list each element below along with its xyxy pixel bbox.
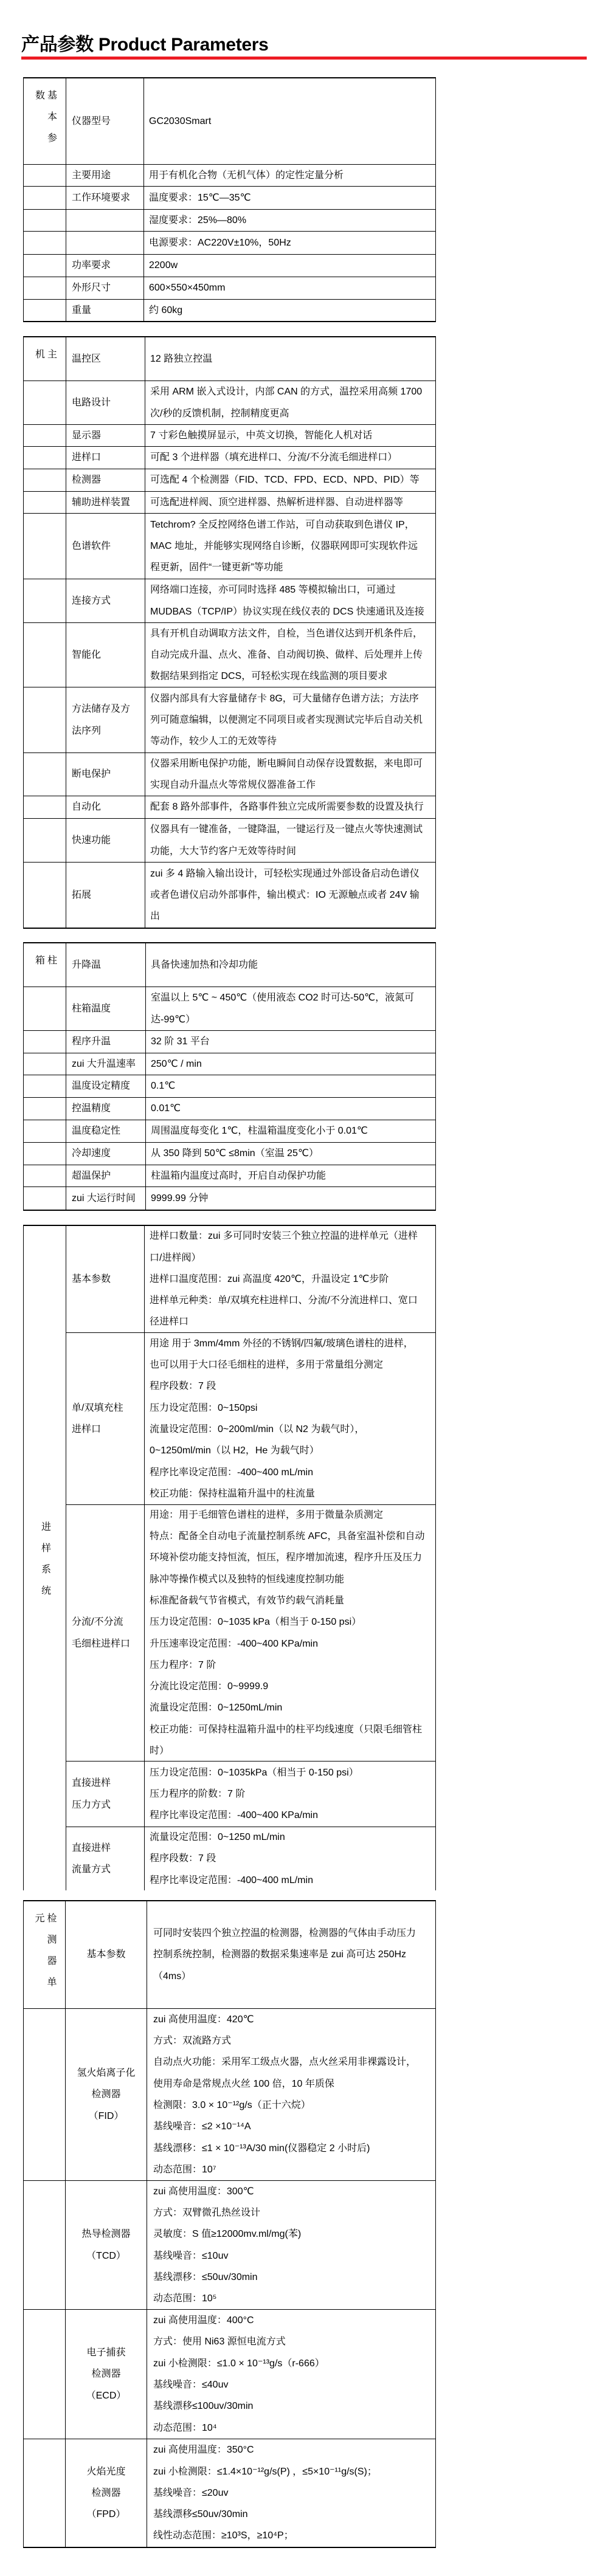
param-value-line: 程序比率设定范围：-400~400 mL/min xyxy=(150,1462,435,1483)
param-name: 温度设定精度 xyxy=(72,1075,145,1097)
param-value-line: 特点：配备全自动电子流量控制系统 AFC，具备室温补偿和自动 xyxy=(150,1526,435,1547)
param-value-line: 数据结果到指定 DCS，可轻松实现在线监测的项目要求 xyxy=(150,666,435,687)
category-cell: 检测器单元 xyxy=(24,1901,66,2008)
param-value-line: 柱温箱内温度过高时，开启自动保护功能 xyxy=(151,1165,435,1186)
param-value-cell: 可选配 4 个检测器（FID、TCD、FPD、ECD、NPD、PID）等 xyxy=(145,469,435,491)
param-value-line: 配套 8 路外部事件，各路事件独立完成所需要参数的设置及执行 xyxy=(150,796,435,818)
param-name-cell: 基本参数 xyxy=(66,1901,147,2008)
param-name-line: （FID） xyxy=(89,2106,124,2127)
param-name: 自动化 xyxy=(72,796,145,818)
param-name-cell: 色谱软件 xyxy=(66,514,145,579)
param-value-line: 采用 ARM 嵌入式设计，内部 CAN 的方式，温控采用高频 1700 xyxy=(150,381,435,402)
param-value-cell: 仪器具有一键准备，一键降温，一键运行及一键点火等快速测试 功能，大大节约客户无效… xyxy=(145,819,435,862)
param-name: 色谱软件 xyxy=(72,536,145,557)
category-cell xyxy=(24,1187,66,1210)
param-name-cell: 进样口 xyxy=(66,447,145,469)
table-row: 湿度要求：25%—80% xyxy=(24,210,435,232)
param-name-cell: 温度稳定性 xyxy=(66,1120,146,1142)
param-name-cell: 方法储存及方 法序列 xyxy=(66,687,145,752)
param-value-cell: 仪器采用断电保护功能，断电瞬间自动保存设置数据，来电即可 实现自动升温点火等常规… xyxy=(145,753,435,796)
column-oven-table: 柱箱 升降温 具备快速加热和冷却功能 柱箱温度 室温以上 5℃ ~ 450℃（使… xyxy=(23,942,436,1211)
param-value-line: 压力设定范围：0~1035 kPa（相当于 0-150 psi） xyxy=(150,1611,435,1633)
param-value-line: 可同时安装四个独立控温的检测器，检测器的气体由手动压力 xyxy=(153,1923,435,1944)
param-value-line: 32 阶 31 平台 xyxy=(151,1031,435,1052)
param-value-line: 压力程序的阶数：7 阶 xyxy=(150,1783,435,1805)
param-value-cell: 仪器内部具有大容量储存卡 8G，可大量储存色谱方法；方法序 列可随意编辑，以便测… xyxy=(145,687,435,752)
param-name-cell: 检测器 xyxy=(66,469,145,491)
param-value-line: 动态范围：10⁴ xyxy=(153,2417,435,2439)
param-name: zui 大运行时间 xyxy=(72,1188,145,1209)
param-value-line: 标准配备载气节省模式，有效节约载气消耗量 xyxy=(150,1590,435,1611)
param-value-line: 可选配进样阀、顶空进样器、热解析进样器、自动进样器等 xyxy=(150,492,435,513)
param-name-line: 压力方式 xyxy=(72,1794,144,1816)
category-cell xyxy=(24,210,66,231)
param-value-cell: 0.1℃ xyxy=(146,1075,435,1097)
param-name-line: 单/双填充柱 xyxy=(72,1397,144,1419)
param-name: 拓展 xyxy=(72,884,145,906)
param-name: 超温保护 xyxy=(72,1165,145,1186)
param-value-cell: 周围温度每变化 1℃，柱温箱温度变化小于 0.01℃ xyxy=(146,1120,435,1142)
category-cell xyxy=(24,425,66,446)
param-name-line: 方法储存及方 xyxy=(72,698,145,720)
param-value-line: 0.1℃ xyxy=(151,1075,435,1097)
param-value-line: 网络端口连接，亦可同时选择 485 等模拟输出口，可通过 xyxy=(150,579,435,601)
param-value-cell: 约 60kg xyxy=(144,300,435,321)
param-value-line: 动态范围：10⁷ xyxy=(153,2159,435,2180)
param-value-cell: zui 高使用温度：350°C zui 小检测限：≤1.4×10⁻¹²g/s(P… xyxy=(147,2439,435,2547)
table-row: 主要用途 用于有机化合物（无机气体）的定性定量分析 xyxy=(24,165,435,187)
param-value-line: 进样口温度范围：zui 高温度 420℃，升温设定 1℃步阶 xyxy=(150,1269,435,1290)
param-value-cell: 7 寸彩色触摸屏显示，中英文切换，智能化人机对话 xyxy=(145,425,435,446)
param-name: 仪器型号 xyxy=(72,111,143,132)
param-name-line: 检测器 xyxy=(91,2363,120,2385)
param-name-line: 火焰光度 xyxy=(86,2461,125,2482)
param-name-cell: 火焰光度 检测器 （FPD） xyxy=(66,2439,147,2547)
param-name: 快速功能 xyxy=(72,830,145,851)
table-row: 冷却速度 从 350 降到 50℃ ≤8min（室温 25℃） xyxy=(24,1143,435,1165)
category-cell: 主机 xyxy=(24,337,66,381)
param-name-cell: 连接方式 xyxy=(66,579,145,622)
param-value-cell: 压力设定范围：0~1035kPa（相当于 0-150 psi） 压力程序的阶数：… xyxy=(145,1762,435,1827)
param-value-line: 程序比率设定范围：-400~400 KPa/min xyxy=(150,1805,435,1826)
table-row: 温度设定精度 0.1℃ xyxy=(24,1075,435,1098)
category-cell xyxy=(24,381,66,424)
param-value-cell: zui 高使用温度：300℃ 方式：双臂微孔热丝设计 灵敏度：S 值≥12000… xyxy=(147,2181,435,2309)
table-row: 智能化 具有开机自动调取方法文件，自检，当色谱仪达到开机条件后， 自动完成升温、… xyxy=(24,623,435,687)
param-name-line: 进样口 xyxy=(72,1419,144,1440)
category-cell xyxy=(24,819,66,862)
table-row: 自动化 配套 8 路外部事件，各路事件独立完成所需要参数的设置及执行 xyxy=(24,796,435,819)
category-cell xyxy=(24,492,66,513)
param-value-cell: 室温以上 5℃ ~ 450℃（使用液态 CO2 时可达-50℃，液氮可 达-99… xyxy=(146,987,435,1030)
param-name-cell: 升降温 xyxy=(66,943,146,987)
param-value-line: 次/秒的反馈机制，控制精度更高 xyxy=(150,403,435,424)
category-cell xyxy=(24,300,66,321)
param-value-line: 从 350 降到 50℃ ≤8min（室温 25℃） xyxy=(151,1143,435,1164)
param-name-line: 毛细柱进样口 xyxy=(72,1633,144,1655)
param-name: 检测器 xyxy=(72,469,145,491)
param-value-line: 仪器具有一键准备，一键降温，一键运行及一键点火等快速测试 xyxy=(150,819,435,840)
param-name-line: 电子捕获 xyxy=(86,2342,125,2363)
param-value-line: 仪器采用断电保护功能，断电瞬间自动保存设置数据，来电即可 xyxy=(150,753,435,774)
param-name-cell: 重量 xyxy=(66,300,144,321)
param-value-line: （4ms） xyxy=(153,1966,435,1987)
table-row: 进样口 可配 3 个进样器（填充进样口、分流/不分流毛细进样口） xyxy=(24,447,435,469)
table-row: 电路设计 采用 ARM 嵌入式设计，内部 CAN 的方式，温控采用高频 1700… xyxy=(24,381,435,425)
param-value-line: zui 小检测限：≤1.4×10⁻¹²g/s(P) ，≤5×10⁻¹¹g/s(S… xyxy=(153,2461,435,2482)
param-value-cell: zui 高使用温度：420℃ 方式：双流路方式 自动点火功能：采用军工级点火器，… xyxy=(147,2009,435,2180)
param-value-line: 环境补偿功能支持恒流，恒压，程序增加流速，程序升压及压力 xyxy=(150,1547,435,1568)
param-value-line: 线性动态范围：≥10³S，≥10⁴P； xyxy=(153,2525,435,2546)
category-cell xyxy=(24,165,66,186)
category-cell xyxy=(24,863,66,928)
param-name-cell: 柱箱温度 xyxy=(66,987,146,1030)
table-row: 热导检测器 （TCD） zui 高使用温度：300℃ 方式：双臂微孔热丝设计 灵… xyxy=(24,2181,435,2310)
param-name-cell: 程序升温 xyxy=(66,1031,146,1053)
param-value-cell: 网络端口连接，亦可同时选择 485 等模拟输出口，可通过 MUDBAS（TCP/… xyxy=(145,579,435,622)
param-value-line: 约 60kg xyxy=(149,300,435,321)
param-value-line: 湿度要求：25%—80% xyxy=(149,210,435,231)
category-cell xyxy=(24,277,66,299)
table-row: 辅助进样装置 可选配进样阀、顶空进样器、热解析进样器、自动进样器等 xyxy=(24,492,435,514)
param-value-line: 2200w xyxy=(149,255,435,276)
param-value-line: 径进样口 xyxy=(150,1311,435,1332)
category-cell: 基本参数 xyxy=(24,78,66,164)
table-row: 拓展 zui 多 4 路输入输出设计，可轻松实现通过外部设备启动色谱仪 或者色谱… xyxy=(24,863,435,928)
param-name: 断电保护 xyxy=(72,763,145,785)
param-name-cell: zui 大运行时间 xyxy=(66,1187,146,1210)
param-value-line: 自动完成升温、点火、准备、自动阀切换、做样、后处理并上传 xyxy=(150,644,435,666)
param-name-cell: 单/双填充柱 进样口 xyxy=(66,1333,145,1504)
param-name: 温控区 xyxy=(72,348,145,370)
param-value-line: 室温以上 5℃ ~ 450℃（使用液态 CO2 时可达-50℃，液氮可 xyxy=(151,987,435,1008)
injection-system-table: 进样系统 基本参数 进样口数量：zui 多可同时安装三个独立控温的进样单元（进样… xyxy=(23,1225,436,1890)
param-name-cell: 外形尺寸 xyxy=(66,277,144,299)
param-name: 基本参数 xyxy=(86,1944,125,1965)
param-name-line: （FPD） xyxy=(86,2504,125,2525)
param-value-line: 流量设定范围：0~200ml/min（以 N2 为载气时）， xyxy=(150,1419,435,1440)
table-row: 控温精度 0.01℃ xyxy=(24,1098,435,1120)
page-title: 产品参数 Product Parameters xyxy=(21,34,269,56)
param-value-line: 基线噪音：≤10uv xyxy=(153,2245,435,2267)
param-value-line: 方式：双流路方式 xyxy=(153,2030,435,2051)
category-cell xyxy=(24,1031,66,1053)
param-value-cell: 9999.99 分钟 xyxy=(146,1187,435,1210)
category-cell xyxy=(24,753,66,796)
table-row: 快速功能 仪器具有一键准备，一键降温，一键运行及一键点火等快速测试 功能，大大节… xyxy=(24,819,435,863)
param-value-line: 250℃ / min xyxy=(151,1053,435,1075)
param-value-line: 压力设定范围：0~1035kPa（相当于 0-150 psi） xyxy=(150,1762,435,1783)
param-value-cell: 2200w xyxy=(144,255,435,277)
table-row: 超温保护 柱温箱内温度过高时，开启自动保护功能 xyxy=(24,1165,435,1187)
param-name-cell: 拓展 xyxy=(66,863,145,928)
param-value-cell: 0.01℃ xyxy=(146,1098,435,1120)
param-name-cell xyxy=(66,210,144,231)
category-cell xyxy=(24,796,66,818)
category-label: 检测器单元 xyxy=(32,1901,57,2008)
table-row: 电源要求：AC220V±10%，50Hz xyxy=(24,232,435,255)
param-value-line: 7 寸彩色触摸屏显示，中英文切换，智能化人机对话 xyxy=(150,425,435,446)
param-value-line: 流量设定范围：0~1250mL/min xyxy=(150,1697,435,1718)
param-value-line: MUDBAS（TCP/IP）协议实现在线仪表的 DCS 快速通讯及连接 xyxy=(150,601,435,622)
param-name-cell: 冷却速度 xyxy=(66,1143,146,1165)
param-name: 冷却速度 xyxy=(72,1143,145,1164)
param-value-cell: 配套 8 路外部事件，各路事件独立完成所需要参数的设置及执行 xyxy=(145,796,435,818)
param-value-cell: 可选配进样阀、顶空进样器、热解析进样器、自动进样器等 xyxy=(145,492,435,513)
param-value-line: 实现自动升温点火等常规仪器准备工作 xyxy=(150,774,435,796)
param-value-cell: 从 350 降到 50℃ ≤8min（室温 25℃） xyxy=(146,1143,435,1165)
category-cell xyxy=(24,687,66,752)
param-value-cell: 采用 ARM 嵌入式设计，内部 CAN 的方式，温控采用高频 1700 次/秒的… xyxy=(145,381,435,424)
table-row: 色谱软件 Tetchrom? 全反控网络色谱工作站，可自动获取到色谱仪 IP， … xyxy=(24,514,435,579)
table-row: 基本参数 仪器型号 GC2030Smart xyxy=(24,78,435,165)
param-name: 电路设计 xyxy=(72,392,145,413)
param-value-line: 600×550×450mm xyxy=(149,277,435,298)
param-value-line: 校正功能：可保持柱温箱升温中的柱平均线速度（只限毛细管柱 xyxy=(150,1719,435,1740)
category-cell xyxy=(24,469,66,491)
param-value-line: 等动作，较少人工的无效等待 xyxy=(150,731,435,752)
param-value-cell: 用途：用于毛细管色谱柱的进样，多用于微量杂质测定 特点：配备全自动电子流量控制系… xyxy=(145,1505,435,1761)
param-name-cell: 工作环境要求 xyxy=(66,187,144,209)
param-name-cell: 氢火焰离子化 检测器 （FID） xyxy=(66,2009,147,2180)
category-cell xyxy=(24,187,66,209)
param-value-cell: 可同时安装四个独立控温的检测器，检测器的气体由手动压力 控制系统控制，检测器的数… xyxy=(147,1901,435,2008)
param-name-line: 检测器 xyxy=(91,2084,120,2105)
table-row: 直接进样 压力方式 压力设定范围：0~1035kPa（相当于 0-150 psi… xyxy=(66,1762,435,1827)
param-value-line: 或者色谱仪启动外部事件，输出模式：IO 无源触点或者 24V 输 xyxy=(150,884,435,906)
param-value-line: 电源要求：AC220V±10%，50Hz xyxy=(149,232,435,253)
param-name: 重量 xyxy=(72,300,143,321)
table-row: 电子捕获 检测器 （ECD） zui 高使用温度：400°C 方式：使用 Ni6… xyxy=(24,2310,435,2439)
param-value-line: 使用寿命是常规点火丝 100 倍，10 年质保 xyxy=(153,2073,435,2095)
param-value-line: 0~1250ml/min（以 H2，He 为载气时） xyxy=(150,1440,435,1461)
param-name: 基本参数 xyxy=(72,1269,144,1290)
category-label: 主机 xyxy=(33,337,57,381)
table-row: 连接方式 网络端口连接，亦可同时选择 485 等模拟输出口，可通过 MUDBAS… xyxy=(24,579,435,623)
param-value-line: zui 高使用温度：300℃ xyxy=(153,2181,435,2202)
table-row: 工作环境要求 温度要求：15℃—35℃ xyxy=(24,187,435,210)
param-value-line: 检测限：3.0 × 10⁻¹²g/s（正十六烷） xyxy=(153,2095,435,2116)
table-row: 检测器 可选配 4 个检测器（FID、TCD、FPD、ECD、NPD、PID）等 xyxy=(24,469,435,492)
detector-unit-table: 检测器单元 基本参数 可同时安装四个独立控温的检测器，检测器的气体由手动压力 控… xyxy=(23,1900,436,2548)
param-value-cell: 具备快速加热和冷却功能 xyxy=(146,943,435,987)
param-value-line: 分流比设定范围：0~9999.9 xyxy=(150,1676,435,1697)
param-value-line: 压力程序：7 阶 xyxy=(150,1655,435,1676)
param-name: 程序升温 xyxy=(72,1031,145,1052)
param-name-line: 氢火焰离子化 xyxy=(77,2062,135,2084)
category-cell xyxy=(24,447,66,469)
param-value-line: 灵敏度：S 值≥12000mv.ml/mg(苯) xyxy=(153,2223,435,2245)
param-value-line: 0.01℃ xyxy=(151,1098,435,1119)
table-row: 主机 温控区 12 路独立控温 xyxy=(24,337,435,381)
param-name-cell: 电路设计 xyxy=(66,381,145,424)
param-name-cell: 快速功能 xyxy=(66,819,145,862)
param-value-cell: 流量设定范围：0~1250 mL/min 程序段数：7 段 程序比率设定范围：-… xyxy=(145,1827,435,1890)
table-row: 外形尺寸 600×550×450mm xyxy=(24,277,435,300)
category-label: 进样系统 xyxy=(39,1510,51,1607)
param-value-line: zui 高使用温度：400°C xyxy=(153,2310,435,2331)
table-row: zui 大升温速率 250℃ / min xyxy=(24,1053,435,1075)
table-row: 直接进样 流量方式 流量设定范围：0~1250 mL/min 程序段数：7 段 … xyxy=(66,1827,435,1890)
param-value-cell: 柱温箱内温度过高时，开启自动保护功能 xyxy=(146,1165,435,1186)
main-unit-table: 主机 温控区 12 路独立控温 电路设计 采用 ARM 嵌入式设计，内部 CAN… xyxy=(23,336,436,929)
table-row: 单/双填充柱 进样口 用途 用于 3mm/4mm 外径的不锈钢/四氟/玻璃色谱柱… xyxy=(66,1333,435,1505)
param-value-line: 基线噪音：≤40uv xyxy=(153,2374,435,2395)
param-name: 显示器 xyxy=(72,425,145,446)
category-cell xyxy=(24,1098,66,1120)
param-value-cell: 可配 3 个进样器（填充进样口、分流/不分流毛细进样口） xyxy=(145,447,435,469)
param-value-line: 用途 用于 3mm/4mm 外径的不锈钢/四氟/玻璃色谱柱的进样， xyxy=(150,1333,435,1354)
param-value-line: 具有开机自动调取方法文件，自检，当色谱仪达到开机条件后， xyxy=(150,623,435,644)
category-label: 柱箱 xyxy=(33,943,57,987)
param-value-cell: Tetchrom? 全反控网络色谱工作站，可自动获取到色谱仪 IP， MAC 地… xyxy=(145,514,435,579)
param-name-cell: 热导检测器 （TCD） xyxy=(66,2181,147,2309)
param-value-line: 进样口数量：zui 多可同时安装三个独立控温的进样单元（进样 xyxy=(150,1226,435,1247)
param-value-cell: 用途 用于 3mm/4mm 外径的不锈钢/四氟/玻璃色谱柱的进样， 也可以用于大… xyxy=(145,1333,435,1504)
category-cell xyxy=(24,1053,66,1075)
param-value-line: 压力设定范围：0~150psi xyxy=(150,1397,435,1419)
param-value-line: zui 多 4 路输入输出设计，可轻松实现通过外部设备启动色谱仪 xyxy=(150,863,435,884)
param-value-line: zui 高使用温度：420℃ xyxy=(153,2009,435,2030)
param-value-line: 口/进样阀） xyxy=(150,1247,435,1269)
param-value-line: 控制系统控制，检测器的数据采集速率是 zui 高可达 250Hz xyxy=(153,1944,435,1965)
table-row: 功率要求 2200w xyxy=(24,255,435,277)
param-value-line: 程序段数：7 段 xyxy=(150,1376,435,1397)
param-name-cell: 直接进样 压力方式 xyxy=(66,1762,145,1827)
param-name: 外形尺寸 xyxy=(72,277,143,298)
category-cell xyxy=(24,1075,66,1097)
param-value-line: 校正功能：保持柱温箱升温中的柱流量 xyxy=(150,1483,435,1504)
param-name: 温度稳定性 xyxy=(72,1120,145,1142)
param-value-line: GC2030Smart xyxy=(149,111,435,132)
param-value-line: 基线漂移≤100uv/30min xyxy=(153,2395,435,2417)
category-cell xyxy=(24,255,66,277)
param-value-line: 方式：使用 Ni63 源恒电流方式 xyxy=(153,2331,435,2352)
param-name-cell: 电子捕获 检测器 （ECD） xyxy=(66,2310,147,2439)
param-value-cell: 32 阶 31 平台 xyxy=(146,1031,435,1053)
table-row: 氢火焰离子化 检测器 （FID） zui 高使用温度：420℃ 方式：双流路方式… xyxy=(24,2009,435,2181)
category-cell xyxy=(24,2181,66,2309)
param-name-line: 流量方式 xyxy=(72,1859,144,1880)
param-name-line: 法序列 xyxy=(72,720,145,742)
table-row: 程序升温 32 阶 31 平台 xyxy=(24,1031,435,1053)
table-row: 方法储存及方 法序列 仪器内部具有大容量储存卡 8G，可大量储存色谱方法；方法序… xyxy=(24,687,435,753)
param-value-line: 温度要求：15℃—35℃ xyxy=(149,187,435,208)
table-row: 温度稳定性 周围温度每变化 1℃，柱温箱温度变化小于 0.01℃ xyxy=(24,1120,435,1143)
table-row: 断电保护 仪器采用断电保护功能，断电瞬间自动保存设置数据，来电即可 实现自动升温… xyxy=(24,753,435,796)
param-value-line: 动态范围：10⁵ xyxy=(153,2288,435,2309)
param-value-line: zui 小检测限：≤1.0 × 10⁻¹³g/s（r-666） xyxy=(153,2353,435,2374)
category-cell xyxy=(24,1120,66,1142)
param-value-cell: 600×550×450mm xyxy=(144,277,435,299)
param-value-line: 9999.99 分钟 xyxy=(151,1188,435,1209)
param-value-line: 基线噪音：≤2 ×10⁻¹⁴A xyxy=(153,2116,435,2137)
category-cell xyxy=(24,232,66,254)
param-name-line: 直接进样 xyxy=(72,1837,144,1859)
param-value-line: 可选配 4 个检测器（FID、TCD、FPD、ECD、NPD、PID）等 xyxy=(150,469,435,491)
param-value-line: 也可以用于大口径毛细柱的进样，多用于常量组分测定 xyxy=(150,1354,435,1376)
category-cell: 进样系统 xyxy=(24,1226,66,1890)
table-row: 柱箱 升降温 具备快速加热和冷却功能 xyxy=(24,943,435,987)
param-value-line: 12 路独立控温 xyxy=(150,348,435,370)
param-name: 控温精度 xyxy=(72,1098,145,1119)
param-name: 柱箱温度 xyxy=(72,998,145,1019)
param-name-cell: 辅助进样装置 xyxy=(66,492,145,513)
table-row: 基本参数 进样口数量：zui 多可同时安装三个独立控温的进样单元（进样 口/进样… xyxy=(66,1226,435,1333)
category-cell xyxy=(24,987,66,1030)
param-value-line: 程更新，固件“一键更新”等功能 xyxy=(150,557,435,578)
param-value-line: zui 高使用温度：350°C xyxy=(153,2439,435,2461)
table-row: 重量 约 60kg xyxy=(24,300,435,321)
param-value-cell: 用于有机化合物（无机气体）的定性定量分析 xyxy=(144,165,435,186)
param-value-cell: 电源要求：AC220V±10%，50Hz xyxy=(144,232,435,254)
param-name-cell: 温控区 xyxy=(66,337,145,381)
table-row: 柱箱温度 室温以上 5℃ ~ 450℃（使用液态 CO2 时可达-50℃，液氮可… xyxy=(24,987,435,1031)
table-row: 检测器单元 基本参数 可同时安装四个独立控温的检测器，检测器的气体由手动压力 控… xyxy=(24,1901,435,2009)
category-cell xyxy=(24,579,66,622)
param-value-line: MAC 地址，并能够实现网络自诊断，仪器联网即可实现软件远 xyxy=(150,536,435,557)
table-row: 分流/不分流 毛细柱进样口 用途：用于毛细管色谱柱的进样，多用于微量杂质测定 特… xyxy=(66,1505,435,1762)
param-name-cell: 基本参数 xyxy=(66,1226,145,1332)
category-cell xyxy=(24,1165,66,1186)
table-row: 显示器 7 寸彩色触摸屏显示，中英文切换，智能化人机对话 xyxy=(24,425,435,447)
param-name-cell xyxy=(66,232,144,254)
param-name: zui 大升温速率 xyxy=(72,1053,145,1075)
param-name-cell: 自动化 xyxy=(66,796,145,818)
title-accent-divider xyxy=(21,57,587,60)
param-name-cell: 主要用途 xyxy=(66,165,144,186)
basic-parameters-table: 基本参数 仪器型号 GC2030Smart 主要用途 用于有机化合物（无机气体）… xyxy=(23,77,436,322)
param-value-line: 程序段数：7 段 xyxy=(150,1848,435,1869)
param-value-line: 基线噪音：≤20uv xyxy=(153,2482,435,2504)
param-name-cell: zui 大升温速率 xyxy=(66,1053,146,1075)
param-name-cell: 超温保护 xyxy=(66,1165,146,1186)
param-name: 辅助进样装置 xyxy=(72,492,145,513)
param-value-line: 流量设定范围：0~1250 mL/min xyxy=(150,1827,435,1848)
param-name-line: （TCD） xyxy=(86,2245,126,2267)
param-value-line: 用途：用于毛细管色谱柱的进样，多用于微量杂质测定 xyxy=(150,1505,435,1526)
param-value-line: 周围温度每变化 1℃，柱温箱温度变化小于 0.01℃ xyxy=(151,1120,435,1142)
param-value-line: 仪器内部具有大容量储存卡 8G，可大量储存色谱方法；方法序 xyxy=(150,688,435,709)
param-value-cell: 湿度要求：25%—80% xyxy=(144,210,435,231)
category-label: 基本参数 xyxy=(33,78,57,164)
param-value-line: 列可随意编辑，以便测定不同项目或者实现测试完毕后自动关机 xyxy=(150,709,435,731)
param-name-cell: 仪器型号 xyxy=(66,78,144,164)
param-value-line: 时） xyxy=(150,1740,435,1761)
param-value-line: 方式：双臂微孔热丝设计 xyxy=(153,2202,435,2223)
category-cell xyxy=(24,2310,66,2439)
param-name-cell: 温度设定精度 xyxy=(66,1075,146,1097)
param-value-line: 用于有机化合物（无机气体）的定性定量分析 xyxy=(149,165,435,186)
param-value-line: 自动点火功能：采用军工级点火器，点火丝采用非裸露设计， xyxy=(153,2051,435,2073)
param-name-line: 热导检测器 xyxy=(81,2223,130,2245)
param-value-line: 进样单元种类：单/双填充柱进样口、分流/不分流进样口、宽口 xyxy=(150,1290,435,1311)
param-value-line: 可配 3 个进样器（填充进样口、分流/不分流毛细进样口） xyxy=(150,447,435,468)
param-name: 智能化 xyxy=(72,644,145,666)
table-row: 火焰光度 检测器 （FPD） zui 高使用温度：350°C zui 小检测限：… xyxy=(24,2439,435,2547)
param-value-line: 程序比率设定范围：-400~400 mL/min xyxy=(150,1870,435,1890)
param-value-line: 脉冲等操作模式以及独特的恒线速度控制功能 xyxy=(150,1569,435,1590)
param-name-line: 直接进样 xyxy=(72,1772,144,1794)
category-cell xyxy=(24,2009,66,2180)
param-value-line: Tetchrom? 全反控网络色谱工作站，可自动获取到色谱仪 IP， xyxy=(150,514,435,536)
param-value-cell: zui 高使用温度：400°C 方式：使用 Ni63 源恒电流方式 zui 小检… xyxy=(147,2310,435,2439)
param-value-cell: zui 多 4 路输入输出设计，可轻松实现通过外部设备启动色谱仪 或者色谱仪启动… xyxy=(145,863,435,928)
category-cell xyxy=(24,1143,66,1165)
param-value-line: 具备快速加热和冷却功能 xyxy=(151,954,435,976)
param-name: 主要用途 xyxy=(72,165,143,186)
param-value-cell: 12 路独立控温 xyxy=(145,337,435,381)
